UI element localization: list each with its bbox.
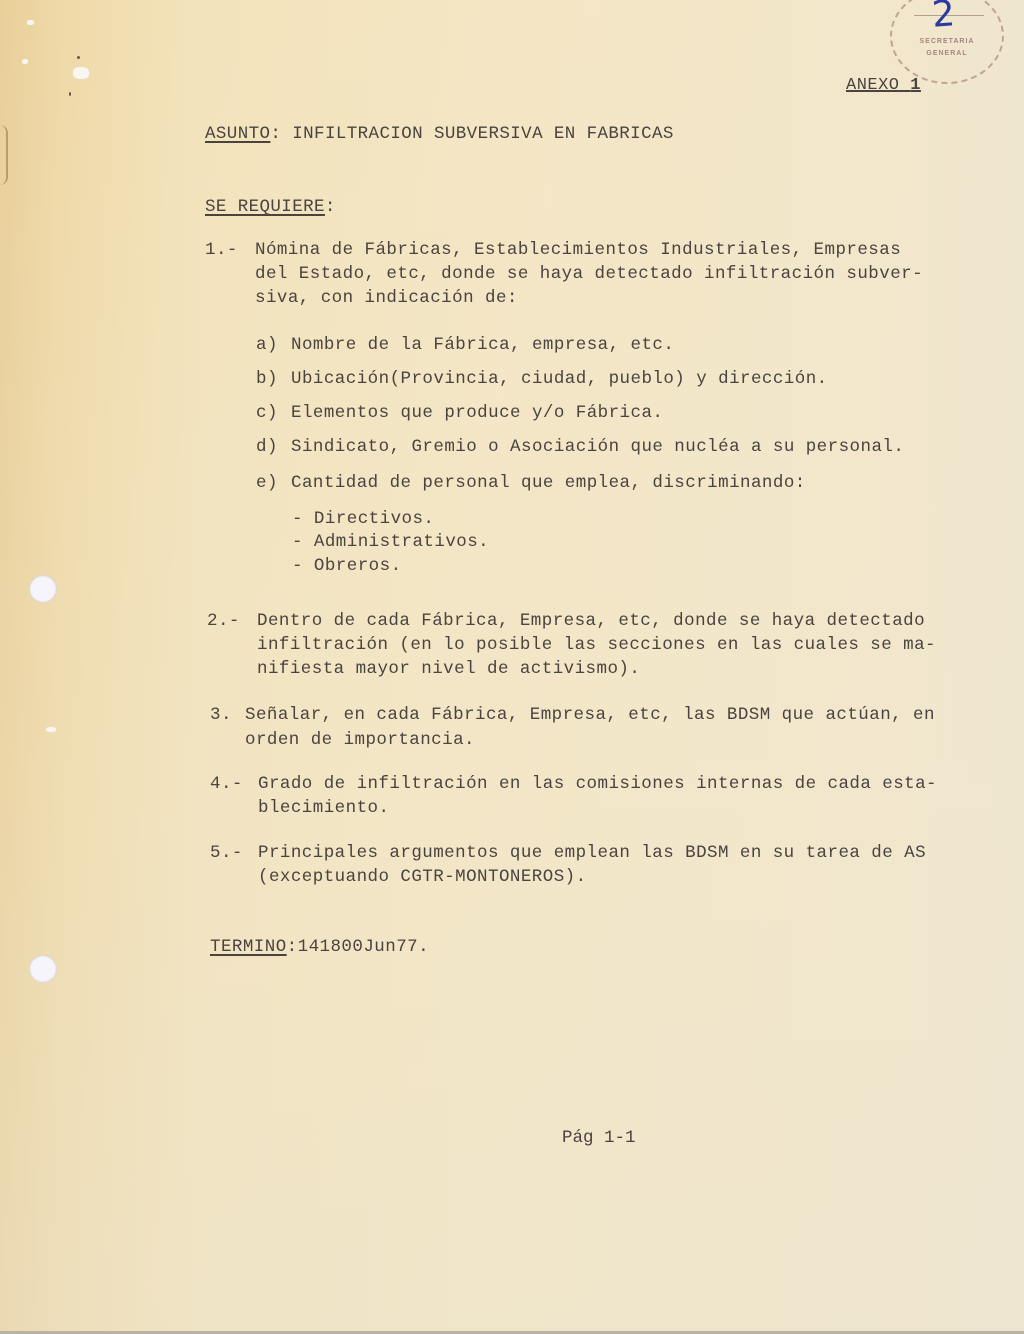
subitem-letter: d) [256, 437, 278, 457]
paper-speck [22, 59, 28, 64]
requires-label: SE REQUIERE [205, 197, 325, 217]
item-number: 3. [210, 705, 232, 725]
requires-heading: SE REQUIERE: [205, 197, 336, 217]
subject-label: ASUNTO [205, 124, 270, 144]
item-number: 1.- [205, 240, 238, 260]
deadline: TERMINO:141800Jun77. [210, 937, 429, 957]
subject-text: INFILTRACION SUBVERSIVA EN FABRICAS [292, 124, 674, 144]
item-line: Dentro de cada Fábrica, Empresa, etc, do… [257, 611, 925, 631]
bullet-item: - Directivos. [292, 509, 434, 529]
item-line: Nómina de Fábricas, Establecimientos Ind… [255, 240, 901, 260]
bullet-item: - Administrativos. [292, 532, 489, 552]
item-line: blecimiento. [258, 798, 389, 818]
subitem-text: Elementos que produce y/o Fábrica. [291, 403, 663, 423]
paper-speck [46, 727, 56, 732]
item-number: 2.- [207, 611, 240, 631]
paper-hole [73, 67, 89, 79]
subject-heading: ASUNTO: INFILTRACION SUBVERSIVA EN FABRI… [205, 124, 674, 144]
item-line: siva, con indicación de: [255, 288, 518, 308]
annex-label: ANEXO 1 [846, 76, 921, 95]
subitem-text: Sindicato, Gremio o Asociación que nuclé… [291, 437, 904, 457]
deadline-separator: : [287, 937, 298, 957]
subitem-text: Ubicación(Provincia, ciudad, pueblo) y d… [291, 369, 828, 389]
item-line: Señalar, en cada Fábrica, Empresa, etc, … [245, 705, 935, 725]
subitem-letter: e) [256, 473, 278, 493]
item-line: del Estado, etc, donde se haya detectado… [255, 264, 923, 284]
item-line: infiltración (en lo posible las seccione… [257, 635, 936, 655]
bullet-item: - Obreros. [292, 556, 402, 576]
stamp-text-line1: SECRETARIA [892, 38, 1002, 45]
subitem-text: Nombre de la Fábrica, empresa, etc. [291, 335, 674, 355]
item-line: nifiesta mayor nivel de activismo). [257, 659, 640, 679]
punch-hole-bottom [29, 955, 57, 983]
paper-speck [69, 92, 71, 96]
handwritten-page-number: 2 [931, 0, 957, 36]
deadline-value: 141800Jun77. [298, 937, 429, 957]
annex-text: ANEXO [846, 76, 900, 95]
punch-hole-top [29, 575, 57, 603]
subject-separator: : [270, 124, 292, 144]
item-number: 5.- [210, 843, 243, 863]
item-line: Grado de infiltración en las comisiones … [258, 774, 937, 794]
requires-separator: : [325, 197, 336, 217]
item-line: Principales argumentos que emplean las B… [258, 843, 926, 863]
subitem-letter: c) [256, 403, 278, 423]
item-line: orden de importancia. [245, 730, 475, 750]
subitem-letter: a) [256, 335, 278, 355]
deadline-label: TERMINO [210, 937, 287, 957]
margin-stain [0, 125, 8, 185]
subitem-text: Cantidad de personal que emplea, discrim… [291, 473, 806, 493]
subitem-letter: b) [256, 369, 278, 389]
stamp-text-line2: GENERAL [892, 50, 1002, 57]
item-line: (exceptuando CGTR-MONTONEROS). [258, 867, 587, 887]
item-number: 4.- [210, 774, 243, 794]
page-number: Pág 1-1 [562, 1128, 636, 1148]
paper-speck [27, 20, 34, 25]
annex-number: 1 [910, 76, 921, 95]
paper-speck [77, 56, 80, 59]
